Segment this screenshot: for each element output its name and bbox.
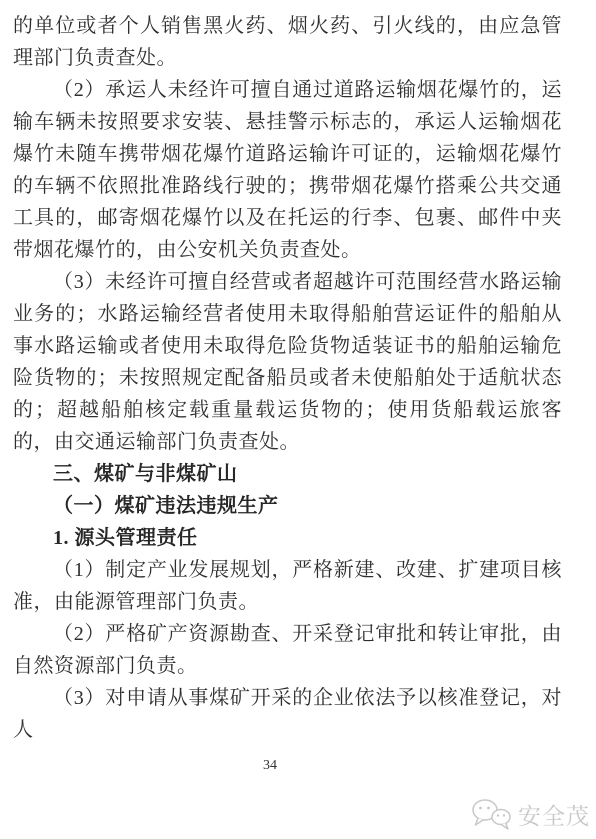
subsubsection-heading-source-management: 1. 源头管理责任 — [13, 522, 562, 554]
paragraph-coal-item-2: （2）严格矿产资源勘查、开采登记审批和转让审批，由自然资源部门负责。 — [13, 618, 562, 682]
section-heading-coal-mines: 三、煤矿与非煤矿山 — [13, 458, 562, 490]
document-text: 的单位或者个人销售黑火药、烟火药、引火线的，由应急管理部门负责查处。 （2）承运… — [13, 10, 562, 746]
document-page: 的单位或者个人销售黑火药、烟火药、引火线的，由应急管理部门负责查处。 （2）承运… — [0, 0, 596, 839]
paragraph-coal-item-3: （3）对申请从事煤矿开采的企业依法予以核准登记，对人 — [13, 682, 562, 746]
watermark: 安全茂 — [469, 797, 590, 831]
paragraph-continuation: 的单位或者个人销售黑火药、烟火药、引火线的，由应急管理部门负责查处。 — [13, 10, 562, 74]
paragraph-coal-item-1: （1）制定产业发展规划，严格新建、改建、扩建项目核准，由能源管理部门负责。 — [13, 554, 562, 618]
page-number: 34 — [0, 758, 540, 774]
wechat-logo-icon — [469, 797, 513, 831]
watermark-brand: 安全茂 — [518, 798, 590, 831]
paragraph-item-2: （2）承运人未经许可擅自通过道路运输烟花爆竹的，运输车辆未按照要求安装、悬挂警示… — [13, 74, 562, 266]
subsection-heading-illegal-production: （一）煤矿违法违规生产 — [13, 490, 562, 522]
paragraph-item-3: （3）未经许可擅自经营或者超越许可范围经营水路运输业务的；水路运输经营者使用未取… — [13, 266, 562, 458]
